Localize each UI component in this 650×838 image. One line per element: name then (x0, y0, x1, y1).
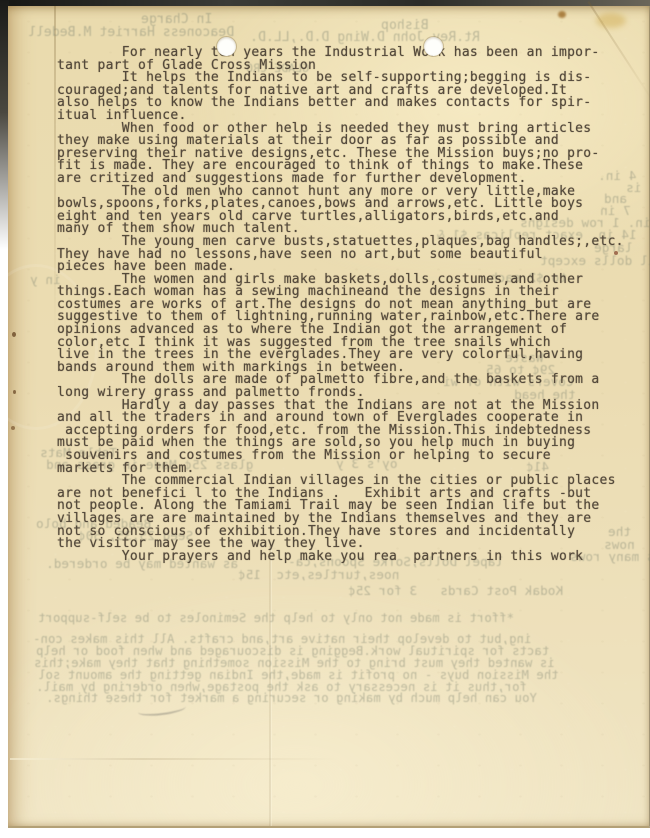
stain (11, 426, 15, 430)
bleed-through-text: Kodak Post Cards 3 for 25¢ (348, 585, 563, 597)
stain (13, 390, 16, 394)
stain (12, 332, 16, 337)
fold-crease-horizontal (10, 758, 340, 760)
bleed-through-text: Rt.Rev.John D.Wing D.D.,LL.D. (250, 32, 480, 44)
punch-hole-left (217, 37, 236, 56)
bleed-through-text: noes,turtles,etc 15¢ (238, 569, 399, 581)
stain (596, 13, 626, 28)
bleed-through-text: You can help much by making or securing … (46, 692, 537, 704)
stain (558, 11, 566, 18)
bleed-through-text: 5 is (626, 182, 650, 194)
scanned-page: In ChargeBishopDeaconess Harriet M.Bedel… (8, 6, 650, 828)
punch-hole-right (424, 37, 443, 56)
typed-body-text: For nearly ten years the Industrial Work… (57, 47, 624, 563)
scan-backdrop: { "page": { "paper_color": "#ebdcb2", "i… (0, 0, 650, 838)
bleed-through-text: *ffort is made not only to help the Semi… (38, 612, 514, 624)
bleed-through-text: Deaconess Harriet M.Bedell (28, 27, 234, 39)
